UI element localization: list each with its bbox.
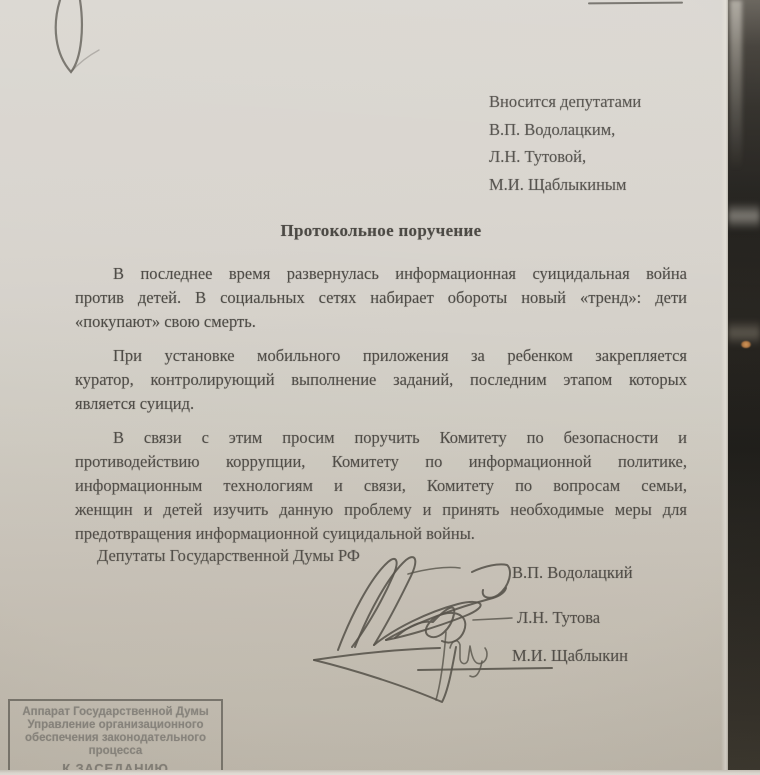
paragraph: В последнее время развернулась информаци… [75,262,687,334]
stamp-line: Аппарат Государственной Думы [10,706,221,719]
submitted-by-line: Л.Н. Тутовой, [489,143,641,171]
signature-vodolatsky [338,557,510,650]
document-body: В последнее время развернулась информаци… [75,262,687,556]
dark-background-strip [728,0,760,772]
submitted-by-line: В.П. Водолацким, [489,116,641,144]
document-photo: Вносится депутатамиВ.П. Водолацким,Л.Н. … [0,0,760,775]
pen-mark [0,0,130,95]
text-line: против детей. В социальных сетях набирае… [75,286,687,310]
reflection-streak [730,0,742,170]
submitted-by-block: Вносится депутатамиВ.П. Водолацким,Л.Н. … [489,88,641,198]
text-line: противодействию коррупции, Комитету по и… [75,450,687,474]
stamp-text: Аппарат Государственной ДумыУправление о… [10,706,221,758]
duma-office-stamp: Аппарат Государственной ДумыУправление о… [8,699,223,775]
stamp-line: обеспечения законодательного [10,732,221,745]
paragraph: В связи с этим просим поручить Комитету … [75,426,687,546]
top-edge-line [588,2,683,5]
text-line: предотвращения информационной суицидальн… [75,522,687,546]
paper-right-edge [721,0,728,772]
text-line: куратор, контролирующий выполнение задан… [75,368,687,392]
text-line: информационным технологиям и связи, Коми… [75,474,687,498]
text-line: В связи с этим просим поручить Комитету … [75,426,687,450]
text-line: «покупают» свою смерть. [75,310,687,334]
submitted-by-line: Вносится депутатами [489,88,641,116]
document-title: Протокольное поручение [75,221,687,241]
text-line: является суицид. [75,392,687,416]
text-line: женщин и детей изучить данную проблему и… [75,498,687,522]
orange-glint [741,341,751,348]
text-line: При установке мобильного приложения за р… [75,344,687,368]
signature-shchablykin [314,641,552,702]
stamp-line: процесса [10,745,221,758]
submitted-by-line: М.И. Щаблыкиным [489,171,641,199]
text-line: В последнее время развернулась информаци… [75,262,687,286]
bottom-edge-strip [0,770,760,775]
paragraph: При установке мобильного приложения за р… [75,344,687,416]
reflection-streak [728,202,760,230]
signatures-ink [300,548,670,736]
stamp-line: Управление организационного [10,719,221,732]
